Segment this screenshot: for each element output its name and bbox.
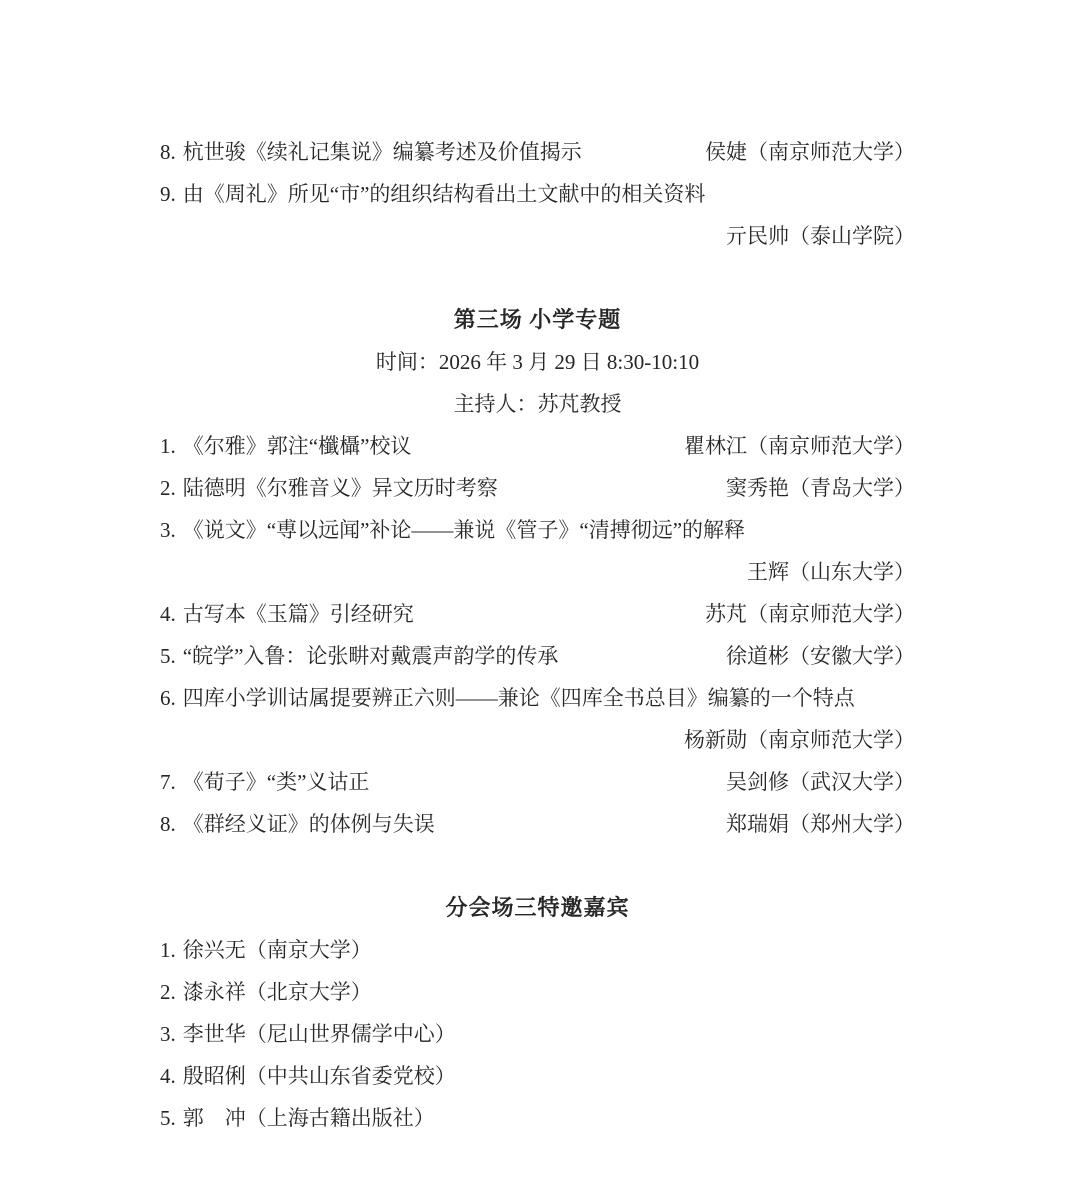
item-author: 窦秀艳（青岛大学） [726,467,915,509]
item-title-text: 由《周礼》所见“市”的组织结构看出土文献中的相关资料 [183,182,706,206]
guests-section: 分会场三特邀嘉宾 1.徐兴无（南京大学） 2.漆永祥（北京大学） 3.李世华（尼… [160,887,915,1139]
guest-item: 2.漆永祥（北京大学） [160,971,915,1013]
guest-name-line: 1.徐兴无（南京大学） [160,938,372,962]
item-author: 郑瑞娟（郑州大学） [726,803,915,845]
item-author-line: 杨新勋（南京师范大学） [160,719,915,761]
list-item: 4.古写本《玉篇》引经研究 苏芃（南京师范大学） [160,593,915,635]
session-chair: 主持人：苏芃教授 [160,383,915,425]
guest-name: 殷昭俐（中共山东省委党校） [183,1064,456,1088]
list-item: 8.《群经义证》的体例与失误 郑瑞娟（郑州大学） [160,803,915,845]
list-item: 2.陆德明《尔雅音义》异文历时考察 窦秀艳（青岛大学） [160,467,915,509]
item-title-text: 古写本《玉篇》引经研究 [183,602,414,626]
guest-name-line: 3.李世华（尼山世界儒学中心） [160,1022,456,1046]
item-number: 8. [160,812,176,836]
item-title: 3.《说文》“尃以远闻”补论——兼说《管子》“清搏彻远”的解释 [160,518,745,542]
guest-name-line: 5.郭 冲（上海古籍出版社） [160,1106,435,1130]
item-number: 5. [160,1106,176,1130]
session-time: 时间：2026 年 3 月 29 日 8:30-10:10 [160,341,915,383]
item-author: 侯婕（南京师范大学） [705,131,915,173]
item-number: 9. [160,182,176,206]
item-author: 杨新勋（南京师范大学） [684,728,915,752]
item-number: 3. [160,518,176,542]
item-title-text: 《群经义证》的体例与失误 [183,812,435,836]
item-title: 8.杭世骏《续礼记集说》编纂考述及价值揭示 [160,131,582,173]
guest-name-line: 2.漆永祥（北京大学） [160,980,372,1004]
item-number: 7. [160,770,176,794]
item-author: 亓民帅（泰山学院） [726,224,915,248]
item-author: 徐道彬（安徽大学） [726,635,915,677]
item-title-text: “皖学”入鲁：论张畊对戴震声韵学的传承 [183,644,559,668]
item-title: 7.《荀子》“类”义诂正 [160,761,369,803]
item-author: 苏芃（南京师范大学） [705,593,915,635]
item-title: 8.《群经义证》的体例与失误 [160,803,435,845]
list-item: 3.《说文》“尃以远闻”补论——兼说《管子》“清搏彻远”的解释 [160,509,915,551]
list-item: 5.“皖学”入鲁：论张畊对戴震声韵学的传承 徐道彬（安徽大学） [160,635,915,677]
guests-heading: 分会场三特邀嘉宾 [160,887,915,929]
item-title: 5.“皖学”入鲁：论张畊对戴震声韵学的传承 [160,635,558,677]
item-number: 3. [160,1022,176,1046]
item-author: 王辉（山东大学） [747,560,915,584]
item-author: 瞿林江（南京师范大学） [684,425,915,467]
item-number: 8. [160,140,176,164]
list-item: 9.由《周礼》所见“市”的组织结构看出土文献中的相关资料 [160,173,915,215]
item-title-text: 《尔雅》郭注“櫼欇”校议 [183,434,412,458]
document-page: 8.杭世骏《续礼记集说》编纂考述及价值揭示 侯婕（南京师范大学） 9.由《周礼》… [0,0,1080,1194]
list-item: 7.《荀子》“类”义诂正 吴剑修（武汉大学） [160,761,915,803]
item-number: 1. [160,434,176,458]
guest-item: 5.郭 冲（上海古籍出版社） [160,1097,915,1139]
item-number: 2. [160,980,176,1004]
guest-item: 4.殷昭俐（中共山东省委党校） [160,1055,915,1097]
session3-section: 第三场 小学专题 时间：2026 年 3 月 29 日 8:30-10:10 主… [160,299,915,845]
item-title: 6.四库小学训诂属提要辨正六则——兼论《四库全书总目》编纂的一个特点 [160,686,855,710]
guest-name: 郭 冲（上海古籍出版社） [183,1106,435,1130]
list-item: 8.杭世骏《续礼记集说》编纂考述及价值揭示 侯婕（南京师范大学） [160,131,915,173]
guest-name: 漆永祥（北京大学） [183,980,372,1004]
guest-item: 3.李世华（尼山世界儒学中心） [160,1013,915,1055]
item-number: 4. [160,602,176,626]
item-number: 5. [160,644,176,668]
item-title-text: 杭世骏《续礼记集说》编纂考述及价值揭示 [183,140,582,164]
item-author-line: 王辉（山东大学） [160,551,915,593]
previous-session-list: 8.杭世骏《续礼记集说》编纂考述及价值揭示 侯婕（南京师范大学） 9.由《周礼》… [160,131,915,257]
item-title: 9.由《周礼》所见“市”的组织结构看出土文献中的相关资料 [160,182,705,206]
item-title: 4.古写本《玉篇》引经研究 [160,593,414,635]
guest-name-line: 4.殷昭俐（中共山东省委党校） [160,1064,456,1088]
item-title-text: 《荀子》“类”义诂正 [183,770,370,794]
item-title: 2.陆德明《尔雅音义》异文历时考察 [160,467,498,509]
item-number: 2. [160,476,176,500]
guest-item: 1.徐兴无（南京大学） [160,929,915,971]
item-title: 1.《尔雅》郭注“櫼欇”校议 [160,425,411,467]
item-title-text: 陆德明《尔雅音义》异文历时考察 [183,476,498,500]
item-number: 1. [160,938,176,962]
guest-name: 徐兴无（南京大学） [183,938,372,962]
item-title-text: 四库小学训诂属提要辨正六则——兼论《四库全书总目》编纂的一个特点 [183,686,855,710]
list-item: 1.《尔雅》郭注“櫼欇”校议 瞿林江（南京师范大学） [160,425,915,467]
item-author: 吴剑修（武汉大学） [726,761,915,803]
item-number: 4. [160,1064,176,1088]
session-heading: 第三场 小学专题 [160,299,915,341]
list-item: 6.四库小学训诂属提要辨正六则——兼论《四库全书总目》编纂的一个特点 [160,677,915,719]
guest-name: 李世华（尼山世界儒学中心） [183,1022,456,1046]
item-author-line: 亓民帅（泰山学院） [160,215,915,257]
item-number: 6. [160,686,176,710]
item-title-text: 《说文》“尃以远闻”补论——兼说《管子》“清搏彻远”的解释 [183,518,745,542]
